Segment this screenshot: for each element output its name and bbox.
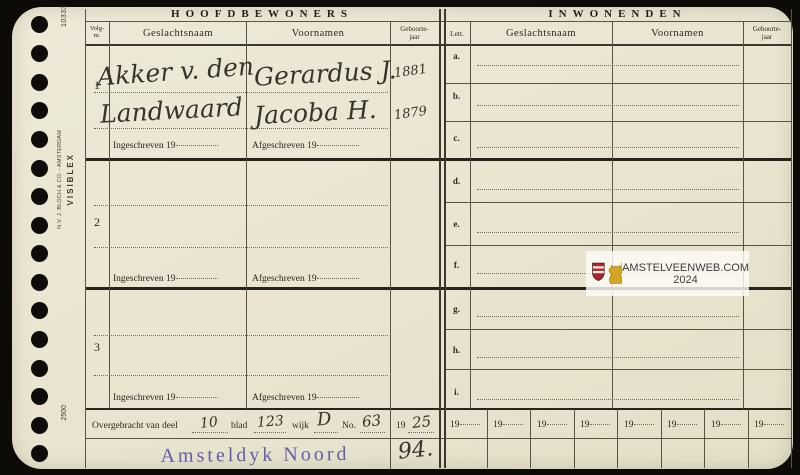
rule-lett-col [470, 21, 471, 409]
handwritten-year: 25 [411, 412, 432, 432]
punch-hole [31, 417, 48, 434]
fill-line-year [408, 431, 434, 433]
name-line [94, 374, 388, 376]
name-line [477, 146, 739, 148]
row-letter-d: d. [444, 176, 469, 186]
year-cell-prefix: 19 [667, 420, 677, 430]
rule-section-divider-a [439, 9, 441, 468]
fill-line-deel [192, 431, 228, 433]
afgeschreven-label: Afgeschreven 19 [252, 393, 317, 403]
punch-hole [31, 445, 48, 462]
name-line [94, 334, 388, 336]
rule-title-underline [85, 21, 791, 22]
rule-header-bottom [85, 44, 791, 46]
rule-footer-cell [748, 409, 749, 468]
name-line [94, 127, 388, 129]
rule-footer-cell [574, 409, 575, 468]
row-letter-g: g. [444, 304, 469, 314]
row-letter-a: a. [444, 51, 469, 61]
form-serial-bottom: 2500 [61, 405, 68, 421]
row-letter-i: i. [444, 387, 469, 397]
afgeschreven-label: Afgeschreven 19 [252, 274, 317, 284]
punch-hole [31, 188, 48, 205]
year-cell-prefix: 19 [624, 420, 634, 430]
handwritten-no: 63 [361, 411, 382, 431]
row-letter-f: f. [444, 260, 469, 270]
rule-row-hi [444, 369, 791, 370]
punch-hole [31, 45, 48, 62]
rule-footer-cell [661, 409, 662, 468]
wijk-label: wijk [292, 421, 309, 431]
no-label: No. [342, 421, 356, 431]
column-header-volgnr: Volg- nr. [85, 25, 109, 39]
ingeschreven-row-3: Ingeschreven 19 [113, 393, 218, 403]
watermark-overlay: AMSTELVEENWEB.COM 2024 [586, 251, 749, 296]
punch-hole [31, 331, 48, 348]
punch-hole [31, 16, 48, 33]
section-title-inwonenden: INWONENDEN [444, 8, 791, 20]
column-header-voornamen-right: Voornamen [612, 28, 743, 39]
punch-hole [31, 74, 48, 91]
year-cell-7: 19 [711, 420, 741, 430]
name-line [477, 188, 739, 190]
name-line [94, 246, 388, 248]
rule-group1-bottom [85, 158, 791, 161]
blad-label: blad [231, 421, 247, 431]
column-header-geboortejaar-left: Geboorte- jaar [390, 25, 439, 41]
name-line [477, 104, 739, 106]
geboortejaar-line2: jaar [409, 33, 420, 41]
rule-table-bottom [85, 408, 791, 410]
punch-hole [31, 274, 48, 291]
rule-footer-mid [85, 438, 791, 439]
year-cell-1: 19 [450, 420, 480, 430]
row-letter-e: e. [444, 219, 469, 229]
rule-footer-cell [487, 409, 488, 468]
form-serial-top: 10333 [61, 5, 68, 27]
punch-hole [31, 245, 48, 262]
fill-line-no [360, 431, 385, 433]
ingeschreven-label: Ingeschreven 19 [113, 274, 176, 284]
name-line [477, 356, 739, 358]
punch-hole [31, 360, 48, 377]
handwritten-house-number: 94. [397, 436, 434, 465]
rule-row-bc [444, 121, 791, 122]
group-number-3: 3 [85, 340, 109, 355]
row-letter-c: c. [444, 133, 469, 143]
year-cell-3: 19 [537, 420, 567, 430]
name-line [477, 398, 739, 400]
footer-year-prefix: 19 [396, 421, 406, 431]
year-cell-8: 19 [754, 420, 784, 430]
brand-visiblex: VISIBLEX [66, 153, 75, 205]
column-header-geslachtsnaam-left: Geslachtsnaam [110, 28, 246, 39]
fill-line-blad [254, 431, 286, 433]
geboortejaar-line2: jaar [762, 33, 773, 41]
rule-row-ab [444, 83, 791, 84]
column-header-lett: Lett. [444, 29, 470, 38]
year-cell-6: 19 [667, 420, 697, 430]
rule-footer-cell [704, 409, 705, 468]
rule-footer-cell [530, 409, 531, 468]
ingeschreven-row-2: Ingeschreven 19 [113, 274, 218, 284]
watermark-text-block: AMSTELVEENWEB.COM 2024 [622, 262, 749, 286]
afgeschreven-label: Afgeschreven 19 [252, 141, 317, 151]
punch-hole [31, 388, 48, 405]
rule-section-divider-b [444, 9, 446, 468]
column-header-geboortejaar-right: Geboorte- jaar [743, 25, 791, 41]
row-letter-h: h. [444, 345, 469, 355]
rule-left-year-col [390, 21, 391, 469]
name-line [477, 64, 739, 66]
overgebracht-label: Overgebracht van deel [92, 421, 178, 431]
ingeschreven-row-1: Ingeschreven 19 [113, 141, 218, 151]
watermark-site-text: AMSTELVEENWEB.COM [622, 262, 749, 274]
year-cell-prefix: 19 [580, 420, 590, 430]
punch-hole [31, 217, 48, 234]
fill-line-wijk [314, 431, 338, 433]
year-cell-4: 19 [580, 420, 610, 430]
group-number-2: 2 [85, 215, 109, 230]
rule-right-year-col [743, 21, 744, 409]
year-cell-prefix: 19 [754, 420, 764, 430]
afgeschreven-row-1: Afgeschreven 19 [252, 141, 359, 151]
rule-row-gh [444, 329, 791, 330]
year-cell-prefix: 19 [450, 420, 460, 430]
column-header-volgnr-line2: nr. [94, 32, 101, 39]
geboortejaar-line1: Geboorte- [753, 25, 781, 33]
year-cell-prefix: 19 [493, 420, 503, 430]
punch-hole [31, 131, 48, 148]
handwritten-blad: 123 [256, 413, 284, 431]
year-cell-5: 19 [624, 420, 654, 430]
name-line [477, 315, 739, 317]
handwritten-deel: 10 [199, 414, 218, 432]
punch-hole [31, 160, 48, 177]
street-name-stamp: Amsteldyk Noord [140, 443, 370, 468]
name-line [477, 231, 739, 233]
handwritten-wijk: D [316, 409, 332, 431]
row-letter-b: b. [444, 91, 469, 101]
ingeschreven-label: Ingeschreven 19 [113, 141, 176, 151]
amstelveen-crest-icon [591, 259, 622, 289]
rule-table-right [791, 9, 792, 468]
geboortejaar-line1: Geboorte- [400, 25, 428, 33]
punch-hole [31, 302, 48, 319]
section-title-hoofdbewoners: HOOFDBEWONERS [85, 8, 439, 20]
name-line [94, 204, 388, 206]
printer-imprint: N.V. J. BLOCH & CO. - AMSTERDAM [57, 130, 63, 229]
column-header-volgnr-line1: Volg- [90, 25, 104, 32]
rule-row-de [444, 202, 791, 203]
rule-row-ef [444, 245, 791, 246]
ingeschreven-label: Ingeschreven 19 [113, 393, 176, 403]
scanned-registration-card-photo: 10333 N.V. J. BLOCH & CO. - AMSTERDAM VI… [0, 0, 800, 475]
column-header-geslachtsnaam-right: Geslachtsnaam [470, 28, 612, 39]
column-header-voornamen-left: Voornamen [246, 28, 390, 39]
rule-footer-cell [617, 409, 618, 468]
year-cell-prefix: 19 [711, 420, 721, 430]
afgeschreven-row-3: Afgeschreven 19 [252, 393, 359, 403]
rule-right-name-col [612, 21, 613, 409]
punch-hole [31, 102, 48, 119]
year-cell-prefix: 19 [537, 420, 547, 430]
afgeschreven-row-2: Afgeschreven 19 [252, 274, 359, 284]
year-cell-2: 19 [493, 420, 523, 430]
watermark-year-text: 2024 [673, 274, 697, 286]
